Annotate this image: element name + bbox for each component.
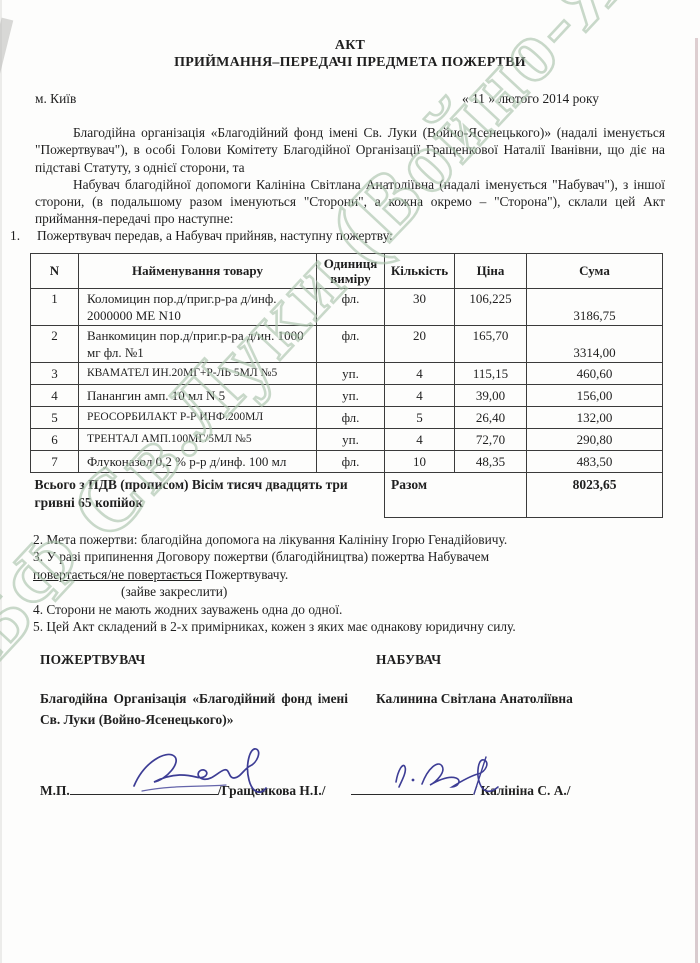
clause-3-underlined-choice: повертається/не повертається <box>33 567 202 582</box>
title-line-act: АКТ <box>0 38 700 55</box>
col-header-price: Ціна <box>455 253 527 288</box>
clause-3-note: (зайве закреслити) <box>33 583 665 600</box>
cell-price: 115,15 <box>455 363 527 385</box>
handwritten-signature-left <box>128 744 328 804</box>
cell-qty: 5 <box>385 407 455 429</box>
cell-n: 3 <box>31 363 79 385</box>
table-header-row: N Найменування товару Одиниця виміру Кіл… <box>31 253 663 288</box>
cell-unit: фл. <box>317 288 385 325</box>
party-recipient-name: Калинина Світлана Анатоліївна <box>376 688 573 709</box>
clause-3-line1: 3. У разі припинення Договору пожертви (… <box>33 548 665 565</box>
document-content: АКТ ПРИЙМАННЯ–ПЕРЕДАЧІ ПРЕДМЕТА ПОЖЕРТВИ… <box>0 38 700 800</box>
table-row: 5 РЕОСОРБИЛАКТ Р-Р ИНФ.200МЛ фл. 5 26,40… <box>31 407 663 429</box>
cell-sum: 132,00 <box>527 407 663 429</box>
cell-qty: 10 <box>385 451 455 473</box>
handwritten-signature-right <box>386 752 526 802</box>
signature-row: М.П./Гращенкова Н.І.// Калініна С. А./ <box>40 782 700 799</box>
cell-qty: 4 <box>385 385 455 407</box>
cell-n: 1 <box>31 288 79 325</box>
cell-qty: 30 <box>385 288 455 325</box>
cell-qty: 4 <box>385 429 455 451</box>
cell-unit: фл. <box>317 407 385 429</box>
document-date: « 11 » лютого 2014 року <box>462 90 599 107</box>
clause-3-line2: повертається/не повертається Пожертвувач… <box>33 566 665 583</box>
col-header-unit: Одиниця виміру <box>317 253 385 288</box>
cell-unit: уп. <box>317 385 385 407</box>
preamble-paragraph-donor: Благодійна організація «Благодійний фонд… <box>35 124 665 176</box>
cell-price: 165,70 <box>455 326 527 363</box>
cell-price: 26,40 <box>455 407 527 429</box>
cell-name: РЕОСОРБИЛАКТ Р-Р ИНФ.200МЛ <box>79 407 317 429</box>
col-header-qty: Кількість <box>385 253 455 288</box>
col-header-number: N <box>31 253 79 288</box>
col-header-name: Найменування товару <box>79 253 317 288</box>
seal-label: М.П. <box>40 783 70 798</box>
cell-qty: 4 <box>385 363 455 385</box>
party-donor-title: ПОЖЕРТВУВАЧ <box>40 651 348 668</box>
cell-unit: фл. <box>317 451 385 473</box>
cell-price: 48,35 <box>455 451 527 473</box>
cell-name: ТРЕНТАЛ АМП.100МГ/5МЛ №5 <box>79 429 317 451</box>
cell-price: 72,70 <box>455 429 527 451</box>
cell-n: 2 <box>31 326 79 363</box>
preamble-paragraph-recipient: Набувач благодійної допомоги Калініна Св… <box>35 176 665 228</box>
title-line-subject: ПРИЙМАННЯ–ПЕРЕДАЧІ ПРЕДМЕТА ПОЖЕРТВИ <box>0 55 700 72</box>
table-row: 7 Флуконазол 0,2 % р-р д/инф. 100 мл фл.… <box>31 451 663 473</box>
cell-sum: 483,50 <box>527 451 663 473</box>
table-row: 2 Ванкомицин пор.д/приг.р-ра д/ин. 1000 … <box>31 326 663 363</box>
table-row: 4 Панангин амп. 10 мл N 5 уп. 4 39,00 15… <box>31 385 663 407</box>
total-word: Разом <box>385 473 527 518</box>
scanned-document-page: БФ Св.Луки (Войно-Ясенецкого) АКТ ПРИЙМА… <box>0 0 700 963</box>
party-donor-name: Благодійна Організація «Благодійний фонд… <box>40 688 348 730</box>
cell-sum: 460,60 <box>527 363 663 385</box>
parties-section: ПОЖЕРТВУВАЧ Благодійна Організація «Благ… <box>40 651 680 730</box>
cell-n: 6 <box>31 429 79 451</box>
cell-price: 106,225 <box>455 288 527 325</box>
cell-unit: уп. <box>317 363 385 385</box>
clause-1-text: Пожертвувач передав, а Набувач прийняв, … <box>37 227 393 244</box>
total-in-words: Всього з ПДВ (прописом) Вісім тисяч двад… <box>31 473 385 518</box>
table-row: 3 КВАМАТЕЛ ИН.20МГ+Р-ЛЬ 5МЛ №5 уп. 4 115… <box>31 363 663 385</box>
cell-sum: 3314,00 <box>527 326 663 363</box>
donation-items-table: N Найменування товару Одиниця виміру Кіл… <box>30 253 663 518</box>
party-recipient-title: НАБУВАЧ <box>376 651 573 668</box>
place-city: м. Київ <box>35 90 76 107</box>
cell-n: 4 <box>31 385 79 407</box>
cell-name: Коломицин пор.д/приг.р-ра д/инф. 2000000… <box>79 288 317 325</box>
cell-n: 5 <box>31 407 79 429</box>
cell-unit: фл. <box>317 326 385 363</box>
document-title: АКТ ПРИЙМАННЯ–ПЕРЕДАЧІ ПРЕДМЕТА ПОЖЕРТВИ <box>0 38 700 71</box>
cell-sum: 156,00 <box>527 385 663 407</box>
cell-sum: 3186,75 <box>527 288 663 325</box>
cell-price: 39,00 <box>455 385 527 407</box>
place-date-row: м. Київ « 11 » лютого 2014 року <box>35 90 665 107</box>
clause-1-number: 1. <box>10 227 37 244</box>
table-row: 6 ТРЕНТАЛ АМП.100МГ/5МЛ №5 уп. 4 72,70 2… <box>31 429 663 451</box>
clause-2: 2. Мета пожертви: благодійна допомога на… <box>33 531 665 548</box>
cell-name: КВАМАТЕЛ ИН.20МГ+Р-ЛЬ 5МЛ №5 <box>79 363 317 385</box>
cell-unit: уп. <box>317 429 385 451</box>
party-donor-column: ПОЖЕРТВУВАЧ Благодійна Організація «Благ… <box>40 651 348 730</box>
cell-n: 7 <box>31 451 79 473</box>
cell-qty: 20 <box>385 326 455 363</box>
table-total-row: Всього з ПДВ (прописом) Вісім тисяч двад… <box>31 473 663 518</box>
cell-name: Флуконазол 0,2 % р-р д/инф. 100 мл <box>79 451 317 473</box>
party-recipient-column: НАБУВАЧ Калинина Світлана Анатоліївна <box>376 651 573 730</box>
cell-name: Панангин амп. 10 мл N 5 <box>79 385 317 407</box>
cell-name: Ванкомицин пор.д/приг.р-ра д/ин. 1000 мг… <box>79 326 317 363</box>
clauses-list: 2. Мета пожертви: благодійна допомога на… <box>33 531 665 635</box>
clause-5: 5. Цей Акт складений в 2-х примірниках, … <box>33 618 665 635</box>
cell-sum: 290,80 <box>527 429 663 451</box>
total-value: 8023,65 <box>527 473 663 518</box>
clause-3-tail: Пожертвувачу. <box>202 567 288 582</box>
clause-4: 4. Сторони не мають жодних зауважень одн… <box>33 601 665 618</box>
clause-1: 1. Пожертвувач передав, а Набувач прийня… <box>10 227 665 244</box>
col-header-sum: Сума <box>527 253 663 288</box>
table-row: 1 Коломицин пор.д/приг.р-ра д/инф. 20000… <box>31 288 663 325</box>
